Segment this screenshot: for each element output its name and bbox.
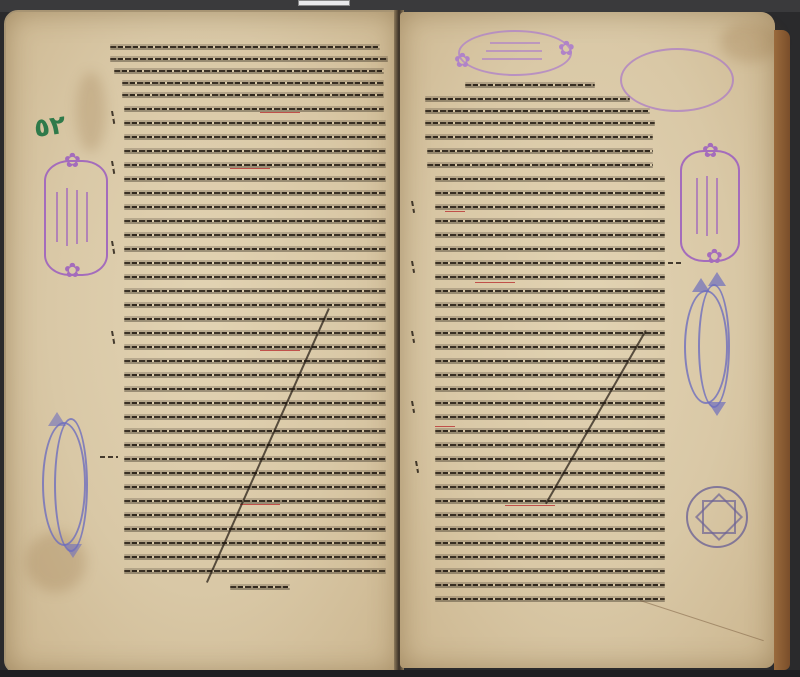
right-text-block <box>425 80 665 600</box>
flower-ornament-icon: ✿ <box>454 50 471 70</box>
folio-number: ٥٢ <box>32 110 68 144</box>
flower-ornament-icon: ✿ <box>558 38 575 58</box>
purple-scroll-stamp-right: ✿ ✿ <box>680 150 740 262</box>
round-seal-stamp <box>686 486 748 548</box>
blue-ribbon-oval-stamp <box>684 290 728 404</box>
purple-scroll-stamp-top: ✿ ✿ <box>458 30 572 76</box>
margin-note <box>100 456 118 458</box>
stain <box>76 72 106 152</box>
scan-bottom-border <box>0 670 800 677</box>
flower-ornament-icon: ✿ <box>706 246 723 266</box>
manuscript-spread: ٥٢ ✿ ✿ <box>0 0 800 677</box>
flower-ornament-icon: ✿ <box>64 150 81 170</box>
blue-ribbon-oval-stamp <box>42 422 86 546</box>
stain <box>720 22 780 62</box>
margin-note <box>668 262 682 264</box>
purple-scroll-stamp: ✿ ✿ <box>44 160 108 276</box>
flower-ornament-icon: ✿ <box>702 140 719 160</box>
flower-ornament-icon: ✿ <box>64 260 81 280</box>
left-text-block <box>110 38 390 598</box>
book-edge <box>774 30 790 670</box>
bookmark-tab <box>298 0 350 6</box>
